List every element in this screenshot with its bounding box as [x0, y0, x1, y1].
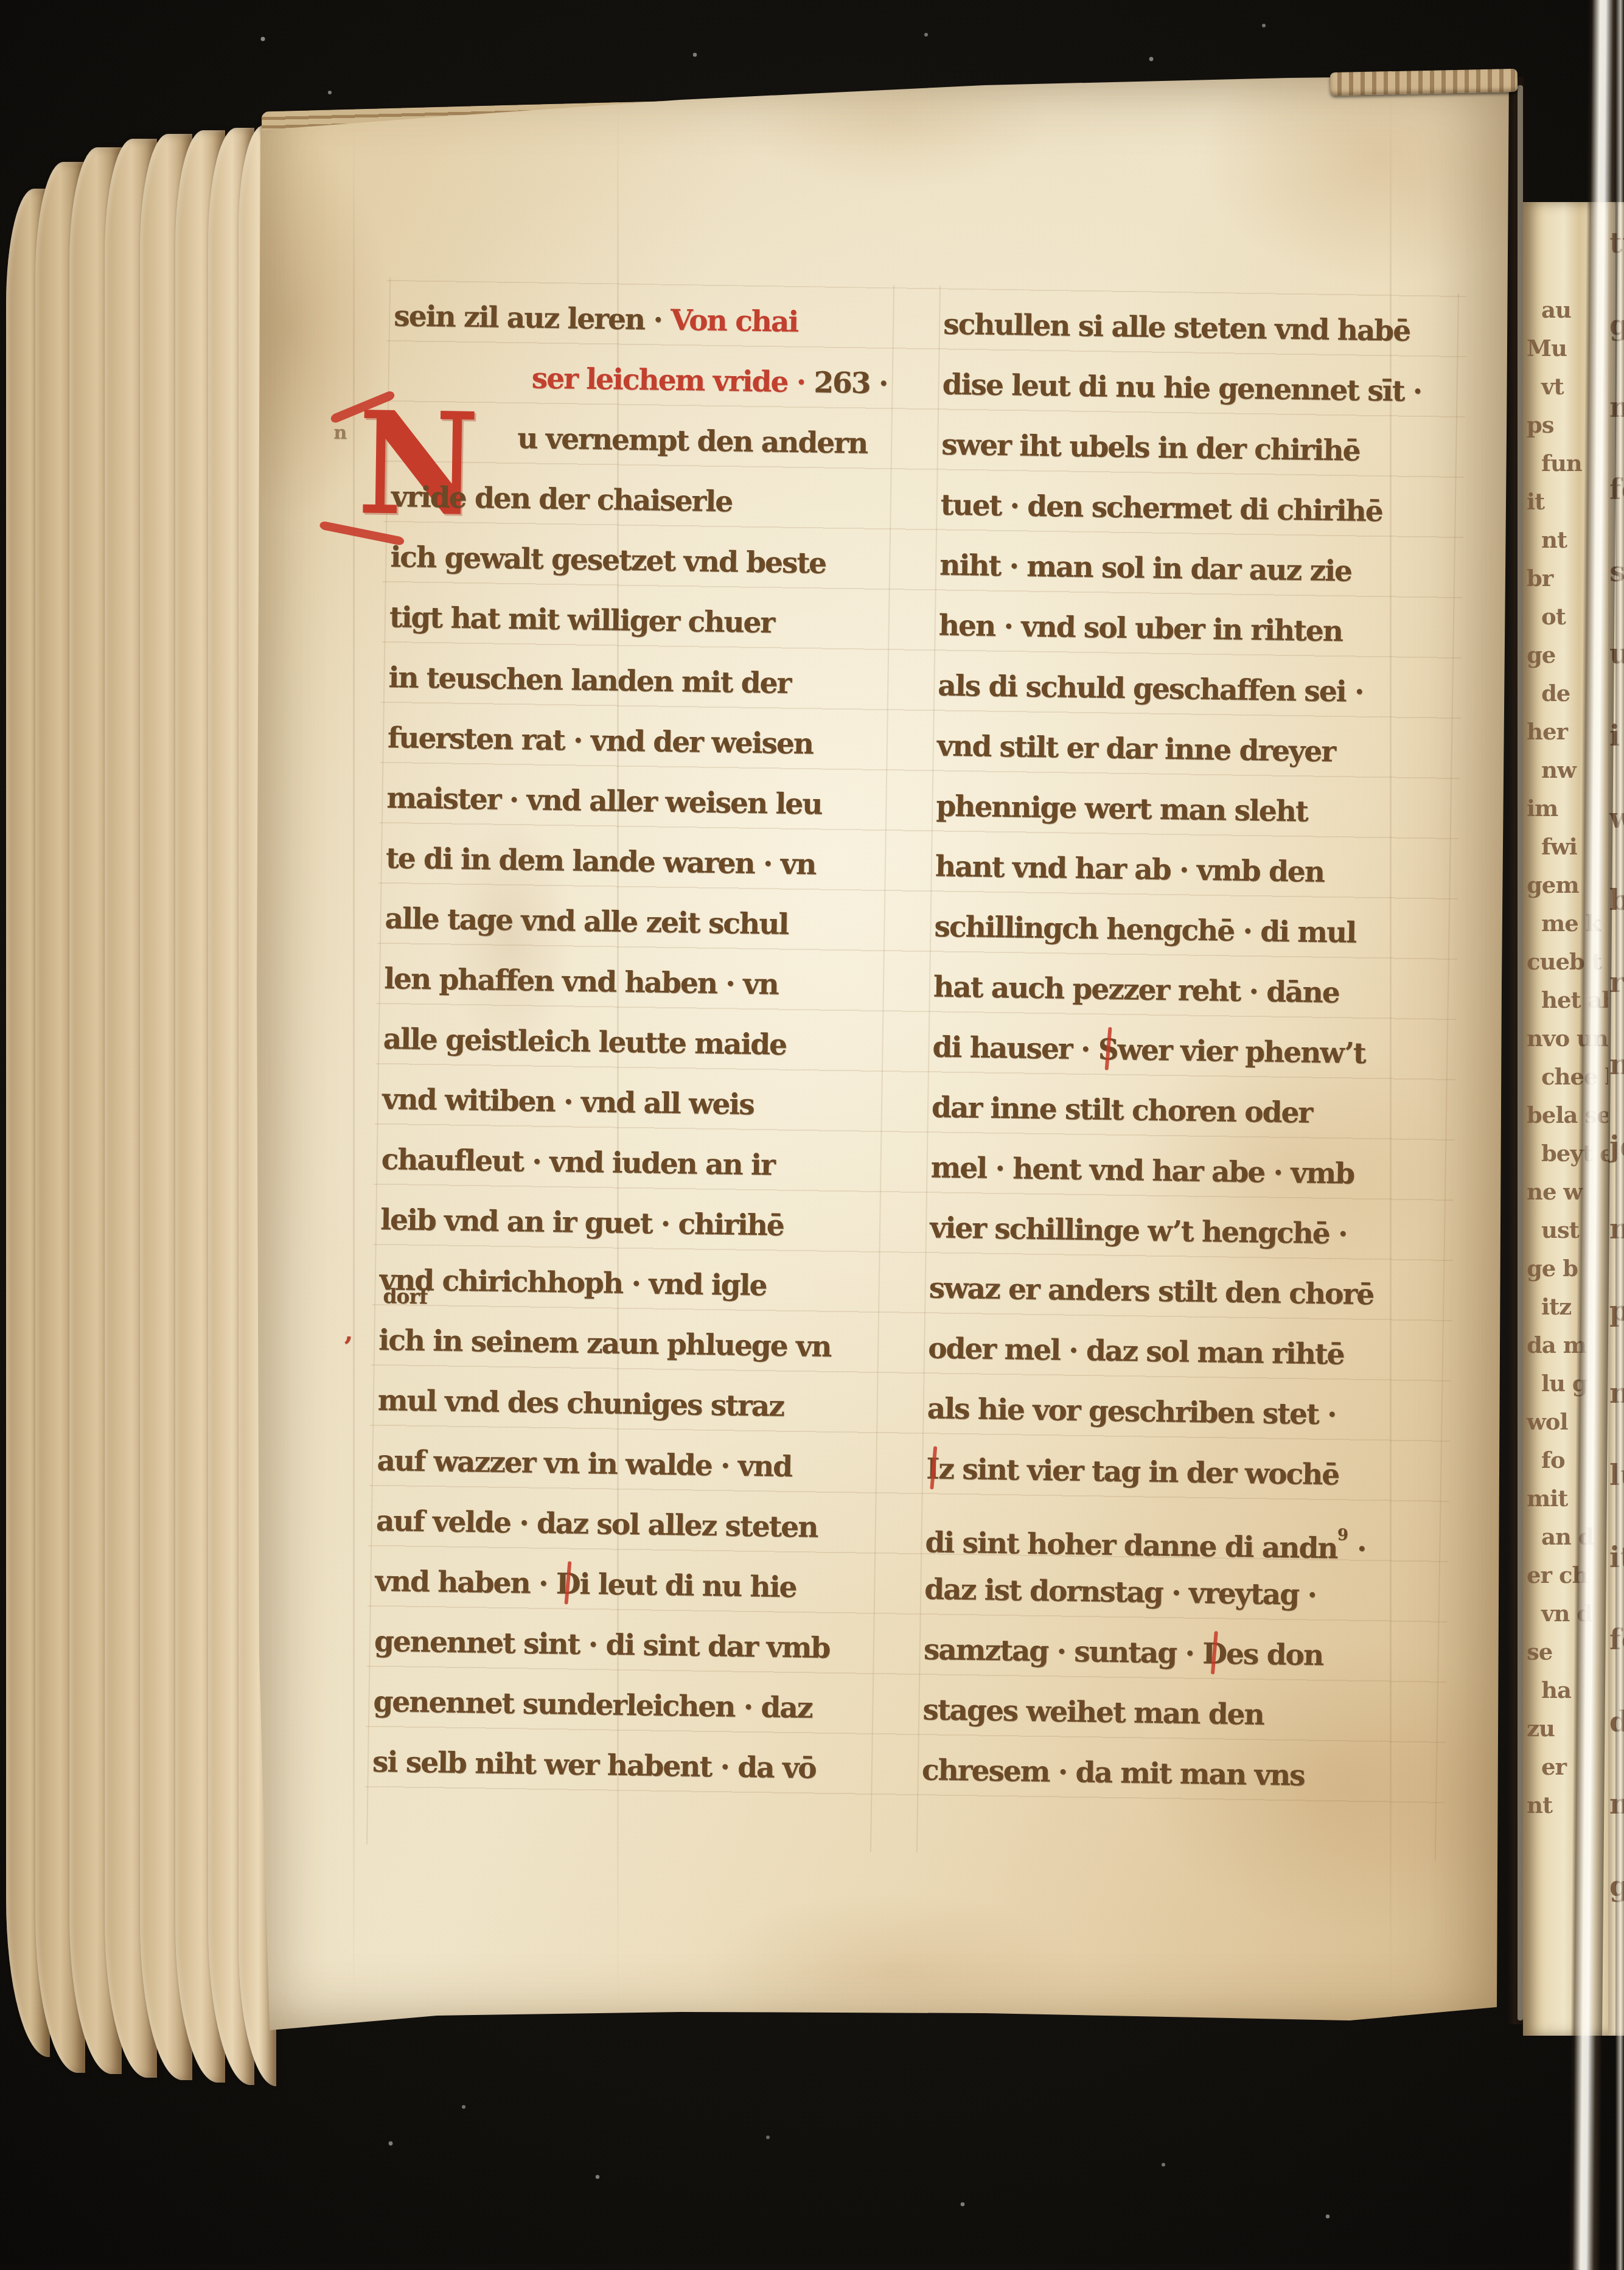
text-line: genennet sunderleichen · daz: [373, 1672, 871, 1739]
ink-text: swer iht ubels in der chirihē: [941, 428, 1360, 467]
text-line: als di schuld geschaffen sei ·: [938, 655, 1449, 723]
ink-text: di sint hoher danne di andn: [925, 1526, 1337, 1565]
ink-text: si selb niht wer habent · da vō: [372, 1745, 816, 1786]
text-line: ich gewalt gesetzet vnd beste: [390, 527, 888, 595]
text-line: vnd stilt er dar inne dreyer: [936, 716, 1448, 783]
ink-text: daz ist dornstag · vreytag ·: [924, 1573, 1316, 1612]
ink-text: chaufleut · vnd iuden an ir: [381, 1143, 775, 1182]
ink-text: z sint vier tag in der wochē: [938, 1452, 1339, 1492]
text-line: stages weihet man den: [922, 1680, 1434, 1747]
ink-text: hen · vnd sol uber in rihten: [938, 609, 1342, 648]
ink-text: tigt hat mit williger chuer: [389, 601, 775, 640]
text-line: auf velde · daz sol allez steten: [375, 1491, 874, 1559]
ink-text: stages weihet man den: [922, 1693, 1264, 1731]
ink-text: alle geistleich leutte maide: [383, 1022, 786, 1062]
ink-text: ich gewalt gesetzet vnd beste: [390, 540, 826, 581]
ink-text: vnd chirichhoph · vnd igle: [379, 1263, 766, 1302]
text-line: dar inne stilt choren oder: [931, 1077, 1443, 1145]
text-line: hat auch pezzer reht · dāne: [933, 957, 1445, 1024]
ink-text: auf wazzer vn in walde · vnd: [377, 1444, 792, 1484]
ink-text: schillingch hengchē · di mul: [934, 910, 1356, 949]
ink-text: hant vnd har ab · vmb den: [935, 850, 1325, 889]
ink-text: ·: [1348, 1532, 1366, 1565]
text-line: niht · man sol in dar auz zie: [939, 535, 1451, 602]
ink-text: samztag · suntag ·: [923, 1633, 1202, 1671]
text-line: si selb niht wer habent · da vō: [372, 1732, 870, 1800]
text-line: leib vnd an ir guet · chirihē: [380, 1190, 879, 1257]
text-line: swer iht ubels in der chirihē: [941, 414, 1452, 482]
ink-text: vier schillinge w’t hengchē ·: [930, 1211, 1347, 1251]
red-touched-capital: D: [556, 1554, 580, 1615]
ink-text: sein zil auz leren ·: [394, 299, 671, 337]
red-touched-capital: D: [1202, 1624, 1226, 1685]
ink-text: te di in dem lande waren · vn: [386, 842, 816, 881]
ink-text: hat auch pezzer reht · dāne: [933, 970, 1339, 1010]
glass-rod-edge-highlight: [1615, 0, 1624, 2264]
text-line: oder mel · daz sol man rihtē: [927, 1318, 1439, 1386]
ink-text: maister · vnd aller weisen leu: [386, 781, 822, 822]
ink-text: i leut di nu hie: [579, 1568, 796, 1604]
ink-text: vnd stilt er dar inne dreyer: [936, 729, 1335, 769]
ink-text: swaz er anders stilt den chorē: [929, 1271, 1373, 1311]
text-line: te di in dem lande waren · vn: [385, 828, 883, 896]
endband: [1330, 69, 1518, 96]
text-line: chresem · da mit man vns: [921, 1740, 1433, 1807]
text-line: vnd witiben · vnd all weis: [382, 1069, 880, 1137]
text-line: vride den der chaiserle: [391, 467, 889, 534]
text-line: als hie vor geschriben stet ·: [927, 1378, 1438, 1446]
text-line: samztag · suntag · Des don: [923, 1619, 1435, 1687]
ink-text: vnd haben ·: [375, 1565, 556, 1601]
ink-text: genennet sunderleichen · daz: [373, 1685, 812, 1725]
margin-caret-mark: ’: [343, 1317, 352, 1377]
text-line: tuet · den schermet di chirihē: [940, 475, 1452, 542]
ink-text: niht · man sol in dar auz zie: [939, 548, 1351, 588]
text-line: vnd haben · Di leut di nu hie: [375, 1551, 873, 1619]
text-line: mel · hent vnd har abe · vmb: [930, 1137, 1442, 1205]
text-line: len phaffen vnd haben · vn: [383, 949, 882, 1016]
text-line: schillingch hengchē · di mul: [934, 896, 1446, 964]
ink-text: fuersten rat · vnd der weisen: [388, 721, 814, 761]
ink-text: alle tage vnd alle zeit schul: [385, 902, 788, 941]
text-line: mul vnd des chuniges straz: [377, 1371, 876, 1438]
text-line: u vernempt den andernn: [392, 407, 890, 474]
ink-text: als hie vor geschriben stet ·: [927, 1392, 1336, 1431]
ink-text: dar inne stilt choren oder: [932, 1091, 1312, 1130]
ink-text: als di schuld geschaffen sei ·: [938, 669, 1364, 708]
ink-text: u vernempt den andern: [517, 422, 868, 461]
text-line: ich in seinem zaun phluege vndorf’: [378, 1310, 877, 1378]
ink-text: chresem · da mit man vns: [922, 1753, 1305, 1792]
text-line: hen · vnd sol uber in rihten: [938, 595, 1450, 663]
ink-text: mul vnd des chuniges straz: [377, 1384, 784, 1423]
margin-guide-letter: n: [333, 424, 346, 442]
ink-text: vride den der chaiserle: [391, 480, 732, 519]
ink-text: phennige wert man sleht: [936, 789, 1308, 828]
text-line: di sint hoher danne di andn9 ·: [925, 1499, 1437, 1566]
text-line: dise leut di nu hie genennet sīt ·: [942, 354, 1454, 422]
ink-text: leib vnd an ir guet · chirihē: [380, 1203, 784, 1243]
ink-text: tuet · den schermet di chirihē: [940, 488, 1382, 528]
ink-text: vnd witiben · vnd all weis: [382, 1083, 754, 1122]
text-line: ser leichem vride · 263 ·: [392, 346, 891, 414]
ink-text: auf velde · daz sol allez steten: [375, 1504, 817, 1545]
ink-text: oder mel · daz sol man rihtē: [928, 1332, 1344, 1371]
gutter-edge-highlight: [1518, 85, 1523, 2020]
text-line: alle geistleich leutte maide: [383, 1009, 881, 1077]
ink-text: 263 ·: [805, 366, 888, 400]
ink-text: len phaffen vnd haben · vn: [384, 962, 778, 1002]
text-line: phennige wert man sleht: [936, 776, 1448, 843]
ink-text: ich in seinem zaun phluege vn: [378, 1324, 831, 1364]
red-touched-capital: S: [1098, 1019, 1118, 1080]
text-column-right: schullen si alle steten vnd habēdise leu…: [921, 294, 1455, 1807]
text-line: vnd chirichhoph · vnd igle: [379, 1250, 877, 1318]
ink-text: schullen si alle steten vnd habē: [943, 307, 1410, 347]
text-line: Iz sint vier tag in der wochē: [926, 1439, 1438, 1506]
text-line: alle tage vnd alle zeit schul: [385, 889, 883, 956]
text-line: swaz er anders stilt den chorē: [929, 1258, 1440, 1325]
ink-text: genennet sint · di sint dar vmb: [374, 1625, 830, 1665]
text-line: maister · vnd aller weisen leu: [386, 768, 885, 836]
ink-text: mel · hent vnd har abe · vmb: [930, 1151, 1354, 1190]
text-line: chaufleut · vnd iuden an ir: [381, 1130, 879, 1197]
text-block: N sein zil auz leren · Von chaiser leich…: [371, 286, 1471, 1921]
text-line: fuersten rat · vnd der weisen: [387, 708, 885, 775]
red-touched-capital: I: [926, 1439, 939, 1499]
rubric-text: ser leichem vride ·: [531, 361, 805, 399]
text-line: daz ist dornstag · vreytag ·: [924, 1559, 1436, 1627]
text-column-left: N sein zil auz leren · Von chaiser leich…: [372, 286, 892, 1800]
text-line: in teuschen landen mit der: [388, 648, 887, 715]
ink-text: in teuschen landen mit der: [388, 661, 791, 700]
ink-text: dise leut di nu hie genennet sīt ·: [942, 368, 1421, 408]
text-line: sein zil auz leren · Von chai: [394, 286, 892, 354]
text-line: vier schillinge w’t hengchē ·: [929, 1198, 1441, 1265]
ink-text: es don: [1226, 1638, 1323, 1672]
text-line: di hauser · Swer vier phenw’t: [932, 1017, 1444, 1084]
text-line: hant vnd har ab · vmb den: [935, 836, 1446, 904]
text-line: genennet sint · di sint dar vmb: [374, 1612, 872, 1679]
text-line: auf wazzer vn in walde · vnd: [377, 1431, 875, 1498]
page-crease: [353, 120, 355, 2013]
dust-specks: [0, 0, 2, 2]
text-line: tigt hat mit williger chuer: [389, 587, 887, 655]
text-line: schullen si alle steten vnd habē: [943, 294, 1454, 361]
ink-text: di hauser ·: [932, 1030, 1098, 1066]
interlinear-insertion: dorf: [383, 1286, 427, 1307]
rubric-text: Von chai: [671, 304, 798, 339]
abbreviation-mark: 9: [1337, 1526, 1349, 1544]
ink-text: wer vier phenw’t: [1117, 1033, 1365, 1070]
